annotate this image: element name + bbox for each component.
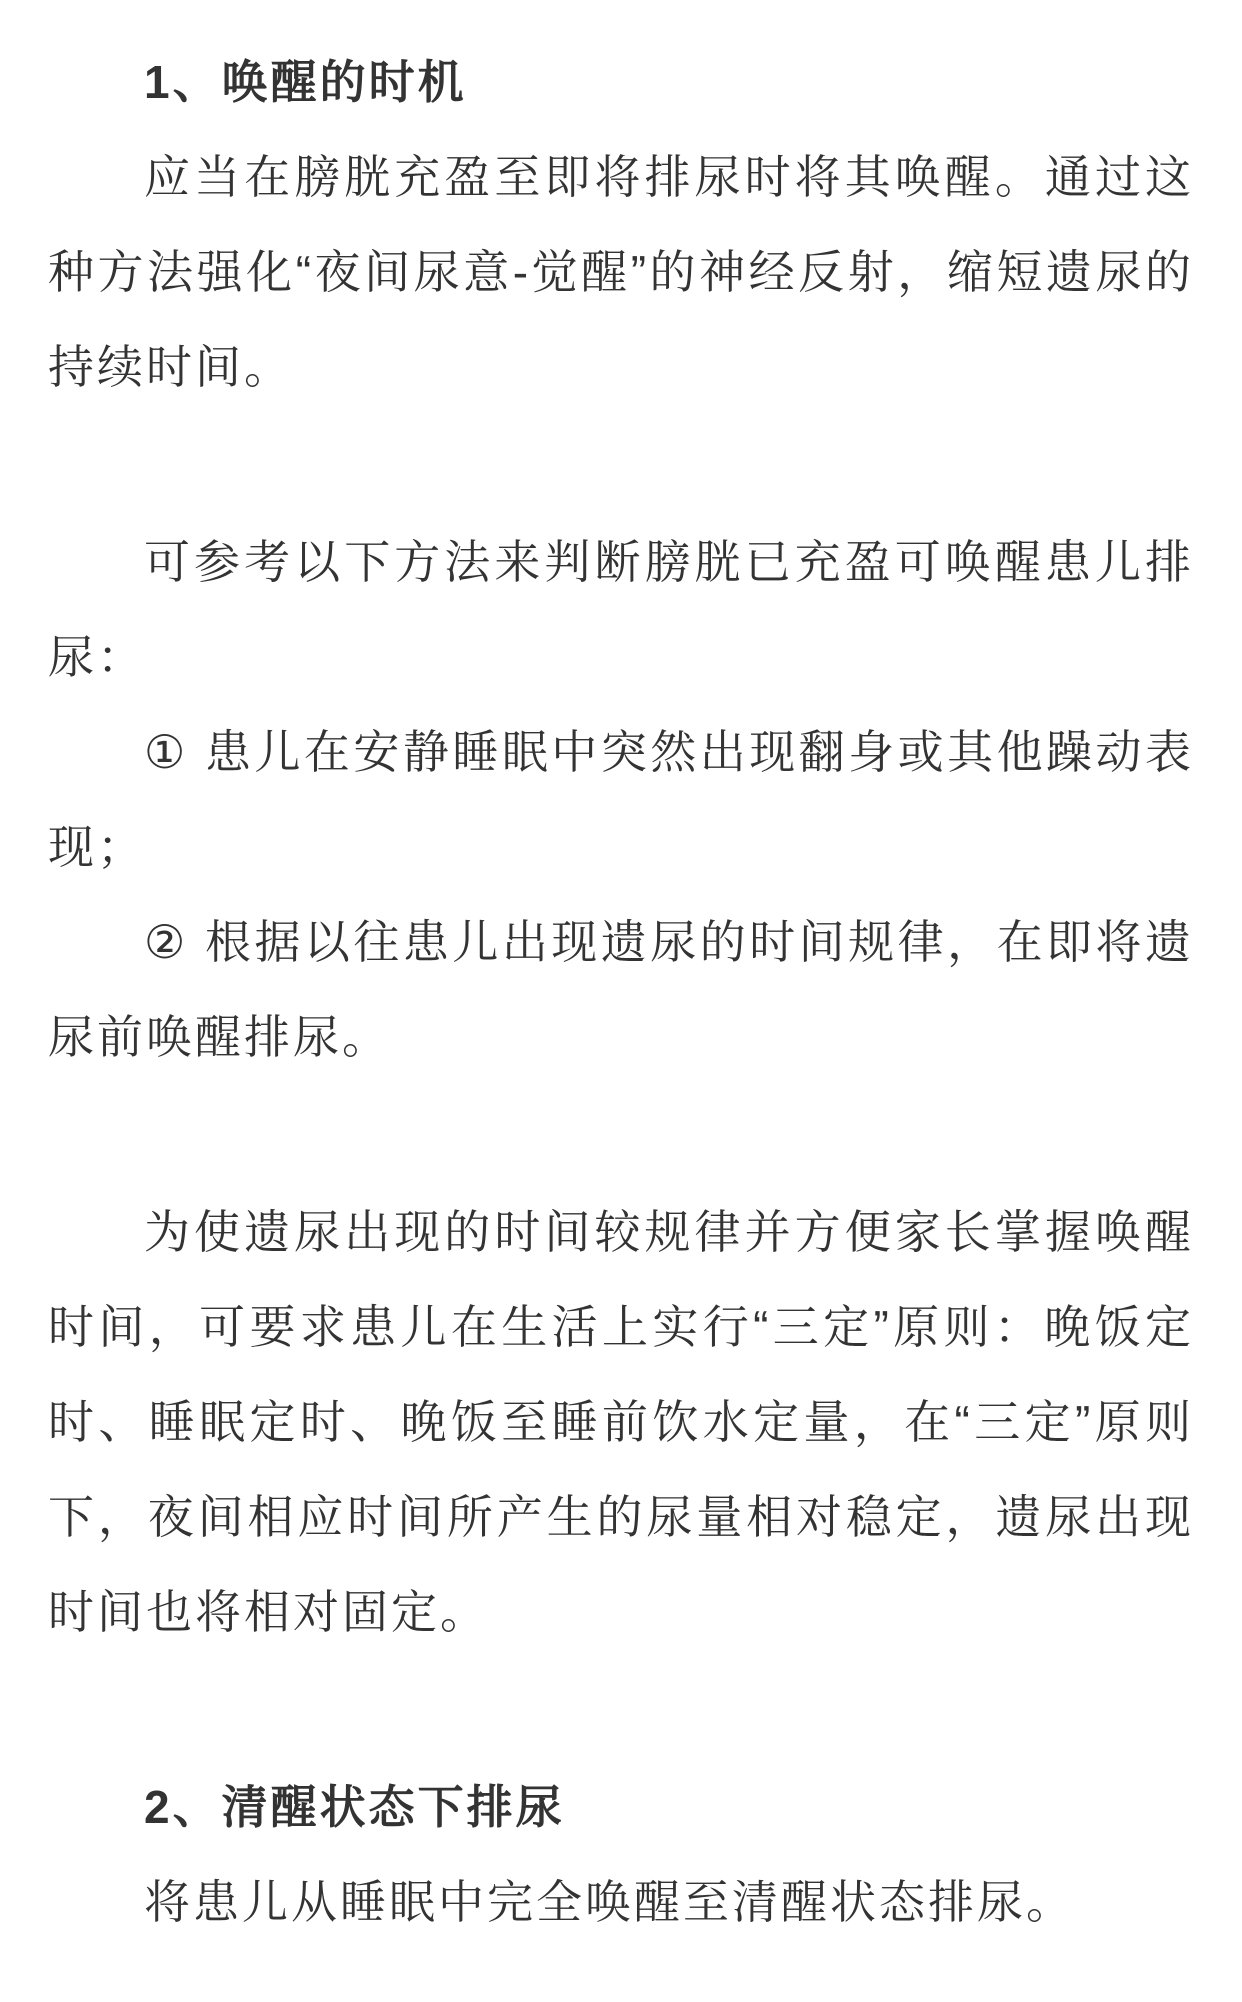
section-2-heading: 2、清醒状态下排尿 bbox=[48, 1760, 1194, 1855]
section-2-paragraph: 将患儿从睡眠中完全唤醒至清醒状态排尿。 bbox=[48, 1855, 1194, 1950]
section-1-heading: 1、唤醒的时机 bbox=[48, 35, 1194, 130]
methods-intro-paragraph: 可参考以下方法来判断膀胱已充盈可唤醒患儿排尿： bbox=[48, 515, 1194, 705]
section-1-paragraph: 应当在膀胱充盈至即将排尿时将其唤醒。通过这种方法强化“夜间尿意-觉醒”的神经反射… bbox=[48, 130, 1194, 415]
method-item-2: ② 根据以往患儿出现遗尿的时间规律，在即将遗尿前唤醒排尿。 bbox=[48, 895, 1194, 1085]
method-item-1: ① 患儿在安静睡眠中突然出现翻身或其他躁动表现； bbox=[48, 705, 1194, 895]
article-page: 1、唤醒的时机 应当在膀胱充盈至即将排尿时将其唤醒。通过这种方法强化“夜间尿意-… bbox=[0, 0, 1242, 2002]
three-fixed-principle-paragraph: 为使遗尿出现的时间较规律并方便家长掌握唤醒时间，可要求患儿在生活上实行“三定”原… bbox=[48, 1185, 1194, 1660]
